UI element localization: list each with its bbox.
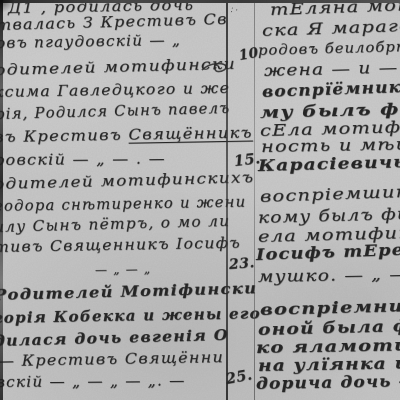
manuscript-line: твалась З Крестивъ Св (0, 13, 228, 34)
manuscript-line: воспріемшик (260, 185, 400, 206)
manuscript-line: рія, Родился Сынъ павелъ (0, 102, 230, 123)
manuscript-line: воспріемниц (260, 298, 400, 318)
manuscript-line: Карасіевичь, (258, 154, 400, 174)
ditto-marks-line: — „ — „ (95, 263, 151, 276)
manuscript-line: одителей мотифинскихъ (0, 171, 255, 192)
manuscript-line: Іосифъ тЕрент (256, 241, 400, 263)
manuscript-line: оной была фи (258, 318, 400, 338)
margin-marks: ∶ · (230, 6, 238, 16)
manuscript-line: му былъ фа (260, 101, 400, 121)
scan-edge-left (0, 0, 3, 400)
manuscript-line: воспрїёмникъ и (262, 78, 400, 100)
manuscript-line: мушко. — „ — (258, 267, 400, 285)
manuscript-line: ровскій — „ — . — (0, 153, 166, 169)
underlined-word: Свящённикъ (128, 125, 253, 143)
entry-number: 25. (225, 366, 254, 387)
manuscript-line: въ Крестивъ Свящённикъ (0, 126, 253, 145)
manuscript-line: жена — и — (264, 60, 399, 79)
manuscript-line: ксима Гавледцкого и же (0, 82, 230, 101)
manuscript-line: дилася дочь евгенія О (0, 329, 229, 350)
manuscript-line: кому былъ фи (258, 207, 400, 226)
manuscript-line: горія Кобекка и жены его (0, 307, 261, 326)
manuscript-line: родовъ беилобрѣка (258, 40, 400, 58)
line-text: въ Крестивъ (0, 128, 129, 146)
manuscript-line: дорича дочь — „ — (256, 372, 400, 391)
scanned-register-page: Д1 , родилась дочь твалась З Крестивъ Св… (0, 0, 400, 400)
manuscript-line: на улїянка и в (258, 355, 400, 374)
entry-number: 10 (238, 45, 260, 64)
manuscript-line: тивъ Священникъ Іосифъ (0, 237, 241, 256)
scan-edge-top (0, 0, 400, 3)
manuscript-line: еодора снѣтиренко и жени (0, 196, 246, 215)
manuscript-line: овъ пгаудовскій — „ (0, 34, 181, 52)
manuscript-line: ска Я мараге (262, 19, 400, 40)
manuscript-line: вскій — „ — „ — „. — (0, 374, 186, 390)
scan-corner-shadow (0, 0, 14, 12)
ink-flourish (200, 58, 234, 78)
manuscript-line: — Крестивъ Свящённи (0, 351, 224, 369)
manuscript-line: ко яламотид (256, 337, 400, 355)
manuscript-line: Родителей Мотіфински (0, 282, 257, 303)
manuscript-line: илу Сынъ пётръ, о мо ли (0, 215, 231, 236)
entry-number: 23. (228, 255, 255, 273)
